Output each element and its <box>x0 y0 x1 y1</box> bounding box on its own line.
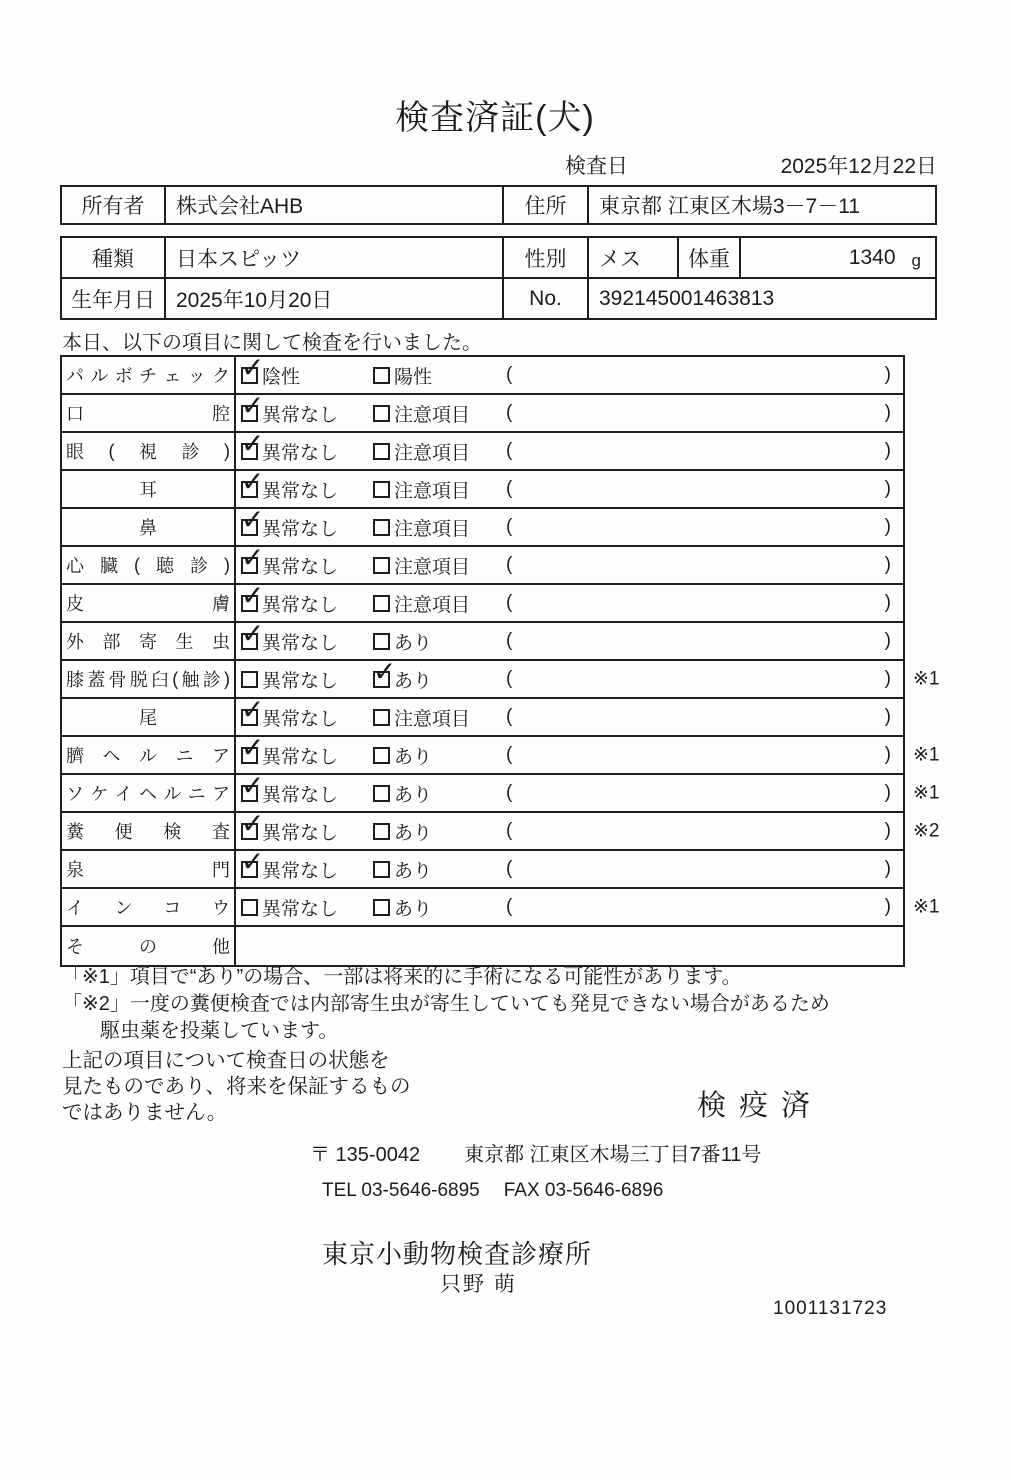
checklist-item-result: 異常なし あり ( ) <box>236 889 903 925</box>
checkbox-icon <box>373 899 390 916</box>
sex-label: 性別 <box>502 238 587 277</box>
clinic-tel: TEL 03-5646-6895 <box>322 1180 480 1202</box>
weight-value: 1340 <box>849 246 896 270</box>
inspector-name: 只野 萌 <box>440 1268 517 1298</box>
footnote-line: 駆虫薬を投薬しています。 <box>62 1018 830 1045</box>
remarks-paren-close: ) <box>885 858 891 880</box>
result-option-1: 異常なし <box>241 818 373 845</box>
checkbox-icon <box>241 785 258 802</box>
result-option-1-label: 異常なし <box>262 704 338 731</box>
checkbox-icon <box>373 481 390 498</box>
result-option-1-label: 異常なし <box>262 514 338 541</box>
remarks-paren-open: ( <box>506 440 512 462</box>
checklist-item-result: 異常なし 注意項目 ( ) <box>236 395 903 431</box>
result-option-1-label: 異常なし <box>262 856 338 883</box>
remarks-paren-open: ( <box>506 744 512 766</box>
checklist-item-result <box>236 927 903 965</box>
remarks-paren-close: ) <box>885 782 891 804</box>
checklist-item-label: 眼(視診) <box>62 433 236 469</box>
disclaimer-text: 上記の項目について検査日の状態を 見たものであり、将来を保証するもの ではありま… <box>62 1048 442 1126</box>
result-option-2-label: 注意項目 <box>394 552 470 579</box>
remarks-paren-open: ( <box>506 516 512 538</box>
checkbox-icon <box>241 899 258 916</box>
owner-row: 所有者 株式会社AHB 住所 東京都 江東区木場3－7－11 <box>62 187 935 223</box>
result-option-2: 陽性 <box>373 362 506 389</box>
result-option-1-label: 異常なし <box>262 780 338 807</box>
result-option-1-label: 異常なし <box>262 476 338 503</box>
checklist-item-result: 異常なし 注意項目 ( ) <box>236 585 903 621</box>
owner-label: 所有者 <box>62 187 164 223</box>
checkbox-icon <box>241 747 258 764</box>
checklist-row: 口腔 異常なし 注意項目 ( ) <box>62 395 903 433</box>
checklist-item-result: 異常なし 注意項目 ( ) <box>236 433 903 469</box>
checkbox-icon <box>241 367 258 384</box>
checklist-row: 耳 異常なし 注意項目 ( ) <box>62 471 903 509</box>
result-option-2-label: 注意項目 <box>394 704 470 731</box>
clinic-postal-code: 〒 135-0042 <box>310 1138 420 1167</box>
checkbox-icon <box>241 481 258 498</box>
result-option-2-label: 注意項目 <box>394 590 470 617</box>
checkbox-icon <box>373 785 390 802</box>
birth-value: 2025年10月20日 <box>164 279 502 318</box>
remarks-paren-close: ) <box>885 592 891 614</box>
remarks-paren-close: ) <box>885 440 891 462</box>
remarks-paren-close: ) <box>885 668 891 690</box>
checklist-item-label: 口腔 <box>62 395 236 431</box>
checklist-item-label: 膝蓋骨脱臼(触診) <box>62 661 236 697</box>
result-option-2: あり <box>373 894 506 921</box>
remarks-paren-open: ( <box>506 896 512 918</box>
checklist-item-label: ソケイヘルニア <box>62 775 236 811</box>
clinic-fax: FAX 03-5646-6896 <box>504 1180 664 1202</box>
checklist-row: パルボチェック 陰性 陽性 ( ) <box>62 357 903 395</box>
checklist-row: 眼(視診) 異常なし 注意項目 ( ) <box>62 433 903 471</box>
checklist-item-label: 臍ヘルニア <box>62 737 236 773</box>
footnote-line: 「※1」項目で“あり”の場合、一部は将来的に手術になる可能性があります。 <box>62 964 830 991</box>
result-option-1: 異常なし <box>241 590 373 617</box>
checkbox-icon <box>373 595 390 612</box>
checklist-item-label: 耳 <box>62 471 236 507</box>
checklist-item-label: 泉門 <box>62 851 236 887</box>
result-option-2-label: あり <box>394 894 432 921</box>
result-option-1: 異常なし <box>241 628 373 655</box>
result-option-1: 異常なし <box>241 438 373 465</box>
result-option-2-label: 注意項目 <box>394 476 470 503</box>
result-option-1: 陰性 <box>241 362 373 389</box>
result-option-1: 異常なし <box>241 780 373 807</box>
checkbox-icon <box>373 519 390 536</box>
remarks-paren-open: ( <box>506 630 512 652</box>
remarks-paren-close: ) <box>885 402 891 424</box>
certificate-page: 検査済証(犬) 検査日 2025年12月22日 所有者 株式会社AHB 住所 東… <box>0 0 1011 1480</box>
checklist-item-result: 異常なし 注意項目 ( ) <box>236 547 903 583</box>
checklist-row: 膝蓋骨脱臼(触診) 異常なし あり ( ) ※1 <box>62 661 903 699</box>
checklist-item-result: 異常なし 注意項目 ( ) <box>236 471 903 507</box>
breed-row: 種類 日本スピッツ 性別 メス 体重 1340 g <box>62 238 935 277</box>
remarks-paren-open: ( <box>506 782 512 804</box>
owner-value: 株式会社AHB <box>164 187 502 223</box>
checkbox-icon <box>241 557 258 574</box>
animal-table: 種類 日本スピッツ 性別 メス 体重 1340 g 生年月日 2025年10月2… <box>60 236 937 320</box>
checkbox-icon <box>241 671 258 688</box>
footnotes: 「※1」項目で“あり”の場合、一部は将来的に手術になる可能性があります。「※2」… <box>62 964 830 1045</box>
result-option-2: 注意項目 <box>373 552 506 579</box>
remarks-paren-close: ) <box>885 744 891 766</box>
remarks-paren-close: ) <box>885 630 891 652</box>
remarks-paren-open: ( <box>506 402 512 424</box>
result-option-1-label: 異常なし <box>262 400 338 427</box>
checkbox-icon <box>373 443 390 460</box>
remarks-paren-open: ( <box>506 820 512 842</box>
row-footnote-mark: ※1 <box>913 782 940 805</box>
clinic-tel-line: TEL 03-5646-6895 FAX 03-5646-6896 <box>322 1180 663 1202</box>
checkbox-icon <box>373 633 390 650</box>
checklist-row: 皮膚 異常なし 注意項目 ( ) <box>62 585 903 623</box>
remarks-paren-close: ) <box>885 820 891 842</box>
checklist-item-label: 鼻 <box>62 509 236 545</box>
remarks-paren-open: ( <box>506 706 512 728</box>
checklist-item-label: インコウ <box>62 889 236 925</box>
checkbox-icon <box>373 671 390 688</box>
remarks-paren-open: ( <box>506 858 512 880</box>
result-option-1: 異常なし <box>241 856 373 883</box>
result-option-1: 異常なし <box>241 476 373 503</box>
address-label: 住所 <box>502 187 587 223</box>
remarks-paren-close: ) <box>885 364 891 386</box>
checklist-item-label: パルボチェック <box>62 357 236 393</box>
result-option-2: あり <box>373 856 506 883</box>
result-option-1-label: 異常なし <box>262 552 338 579</box>
result-option-1-label: 異常なし <box>262 742 338 769</box>
checkbox-icon <box>241 861 258 878</box>
result-option-2-label: 注意項目 <box>394 514 470 541</box>
result-option-1-label: 異常なし <box>262 628 338 655</box>
checklist-row: 心臓(聴診) 異常なし 注意項目 ( ) <box>62 547 903 585</box>
result-option-1: 異常なし <box>241 552 373 579</box>
checklist-item-result: 異常なし 注意項目 ( ) <box>236 699 903 735</box>
checklist-item-label: その他 <box>62 927 236 965</box>
sex-value: メス <box>587 238 677 277</box>
remarks-paren-open: ( <box>506 592 512 614</box>
result-option-1: 異常なし <box>241 894 373 921</box>
clinic-postal-line: 〒 135-0042 東京都 江東区木場三丁目7番11号 <box>310 1138 762 1167</box>
checkbox-icon <box>241 443 258 460</box>
footnote-line: 「※2」一度の糞便検査では内部寄生虫が寄生していても発見できない場合があるため <box>62 991 830 1018</box>
quarantine-stamp: 検疫済 <box>697 1083 823 1124</box>
remarks-paren-close: ) <box>885 706 891 728</box>
result-option-1: 異常なし <box>241 704 373 731</box>
remarks-paren-close: ) <box>885 516 891 538</box>
checkbox-icon <box>373 557 390 574</box>
inspection-date-value: 2025年12月22日 <box>781 150 937 180</box>
remarks-paren-open: ( <box>506 364 512 386</box>
result-option-1: 異常なし <box>241 400 373 427</box>
page-title: 検査済証(犬) <box>0 90 990 139</box>
remarks-paren-close: ) <box>885 554 891 576</box>
checklist-row: インコウ 異常なし あり ( ) ※1 <box>62 889 903 927</box>
remarks-paren-open: ( <box>506 554 512 576</box>
checklist-item-label: 心臓(聴診) <box>62 547 236 583</box>
result-option-1: 異常なし <box>241 666 373 693</box>
weight-label: 体重 <box>677 238 739 277</box>
clinic-address: 東京都 江東区木場三丁目7番11号 <box>464 1138 761 1167</box>
intro-text: 本日、以下の項目に関して検査を行いました。 <box>62 326 482 355</box>
checklist-item-result: 異常なし あり ( ) <box>236 851 903 887</box>
breed-value: 日本スピッツ <box>164 238 502 277</box>
checklist-item-result: 異常なし あり ( ) <box>236 813 903 849</box>
checklist-row: 泉門 異常なし あり ( ) <box>62 851 903 889</box>
checkbox-icon <box>373 709 390 726</box>
birth-row: 生年月日 2025年10月20日 No. 392145001463813 <box>62 277 935 318</box>
result-option-2-label: 注意項目 <box>394 400 470 427</box>
result-option-1: 異常なし <box>241 742 373 769</box>
result-option-2: 注意項目 <box>373 476 506 503</box>
checklist-item-result: 陰性 陽性 ( ) <box>236 357 903 393</box>
result-option-2-label: あり <box>394 742 432 769</box>
spacer <box>480 1180 504 1202</box>
row-footnote-mark: ※1 <box>913 668 940 691</box>
spacer <box>420 1138 464 1167</box>
checklist-row: その他 <box>62 927 903 965</box>
inspection-date-label: 検査日 <box>565 150 628 180</box>
checklist-item-label: 外部寄生虫 <box>62 623 236 659</box>
result-option-1: 異常なし <box>241 514 373 541</box>
checkbox-icon <box>373 861 390 878</box>
result-option-1-label: 異常なし <box>262 590 338 617</box>
result-option-1-label: 異常なし <box>262 818 338 845</box>
result-option-2: あり <box>373 818 506 845</box>
result-option-2-label: あり <box>394 780 432 807</box>
checkbox-icon <box>241 823 258 840</box>
result-option-2-label: あり <box>394 628 432 655</box>
checklist-item-result: 異常なし あり ( ) <box>236 737 903 773</box>
result-option-1-label: 陰性 <box>262 362 300 389</box>
checklist-row: 尾 異常なし 注意項目 ( ) <box>62 699 903 737</box>
remarks-paren-open: ( <box>506 668 512 690</box>
clinic-name: 東京小動物検査診療所 <box>322 1234 592 1271</box>
result-option-1-label: 異常なし <box>262 438 338 465</box>
id-number-value: 392145001463813 <box>587 279 935 318</box>
result-option-2-label: あり <box>394 856 432 883</box>
result-option-2: 注意項目 <box>373 514 506 541</box>
checkbox-icon <box>241 633 258 650</box>
result-option-2: 注意項目 <box>373 704 506 731</box>
remarks-paren-close: ) <box>885 478 891 500</box>
checkbox-icon <box>373 367 390 384</box>
result-option-2-label: 陽性 <box>394 362 432 389</box>
result-option-1-label: 異常なし <box>262 666 338 693</box>
checkbox-icon <box>241 519 258 536</box>
result-option-2: 注意項目 <box>373 438 506 465</box>
checklist-row: 臍ヘルニア 異常なし あり ( ) ※1 <box>62 737 903 775</box>
remarks-paren-open: ( <box>506 478 512 500</box>
result-option-2-label: あり <box>394 666 432 693</box>
birth-label: 生年月日 <box>62 279 164 318</box>
checklist-item-label: 尾 <box>62 699 236 735</box>
checklist-row: 鼻 異常なし 注意項目 ( ) <box>62 509 903 547</box>
checklist-item-result: 異常なし 注意項目 ( ) <box>236 509 903 545</box>
checklist-item-label: 皮膚 <box>62 585 236 621</box>
breed-label: 種類 <box>62 238 164 277</box>
result-option-2: あり <box>373 666 506 693</box>
row-footnote-mark: ※1 <box>913 896 940 919</box>
checkbox-icon <box>241 709 258 726</box>
checkbox-icon <box>373 747 390 764</box>
inspection-date-row: 検査日 2025年12月22日 <box>565 150 937 180</box>
remarks-paren-close: ) <box>885 896 891 918</box>
weight-cell: 1340 g <box>739 238 935 277</box>
checklist-item-result: 異常なし あり ( ) <box>236 661 903 697</box>
checklist-item-result: 異常なし あり ( ) <box>236 775 903 811</box>
checklist-row: 糞便検査 異常なし あり ( ) ※2 <box>62 813 903 851</box>
serial-number: 1001131723 <box>773 1298 887 1320</box>
checkbox-icon <box>373 405 390 422</box>
result-option-2: 注意項目 <box>373 590 506 617</box>
row-footnote-mark: ※1 <box>913 744 940 767</box>
checklist-row: ソケイヘルニア 異常なし あり ( ) ※1 <box>62 775 903 813</box>
result-option-1-label: 異常なし <box>262 894 338 921</box>
result-option-2: あり <box>373 628 506 655</box>
row-footnote-mark: ※2 <box>913 820 940 843</box>
checklist-item-result: 異常なし あり ( ) <box>236 623 903 659</box>
checklist-row: 外部寄生虫 異常なし あり ( ) <box>62 623 903 661</box>
owner-table: 所有者 株式会社AHB 住所 東京都 江東区木場3－7－11 <box>60 185 937 225</box>
result-option-2-label: あり <box>394 818 432 845</box>
checklist-item-label: 糞便検査 <box>62 813 236 849</box>
checkbox-icon <box>373 823 390 840</box>
result-option-2-label: 注意項目 <box>394 438 470 465</box>
result-option-2: あり <box>373 742 506 769</box>
id-number-label: No. <box>502 279 587 318</box>
checklist-table: パルボチェック 陰性 陽性 ( ) 口腔 異常なし <box>60 355 905 967</box>
checkbox-icon <box>241 405 258 422</box>
address-value: 東京都 江東区木場3－7－11 <box>587 187 935 223</box>
checkbox-icon <box>241 595 258 612</box>
weight-unit: g <box>912 251 921 271</box>
result-option-2: 注意項目 <box>373 400 506 427</box>
result-option-2: あり <box>373 780 506 807</box>
